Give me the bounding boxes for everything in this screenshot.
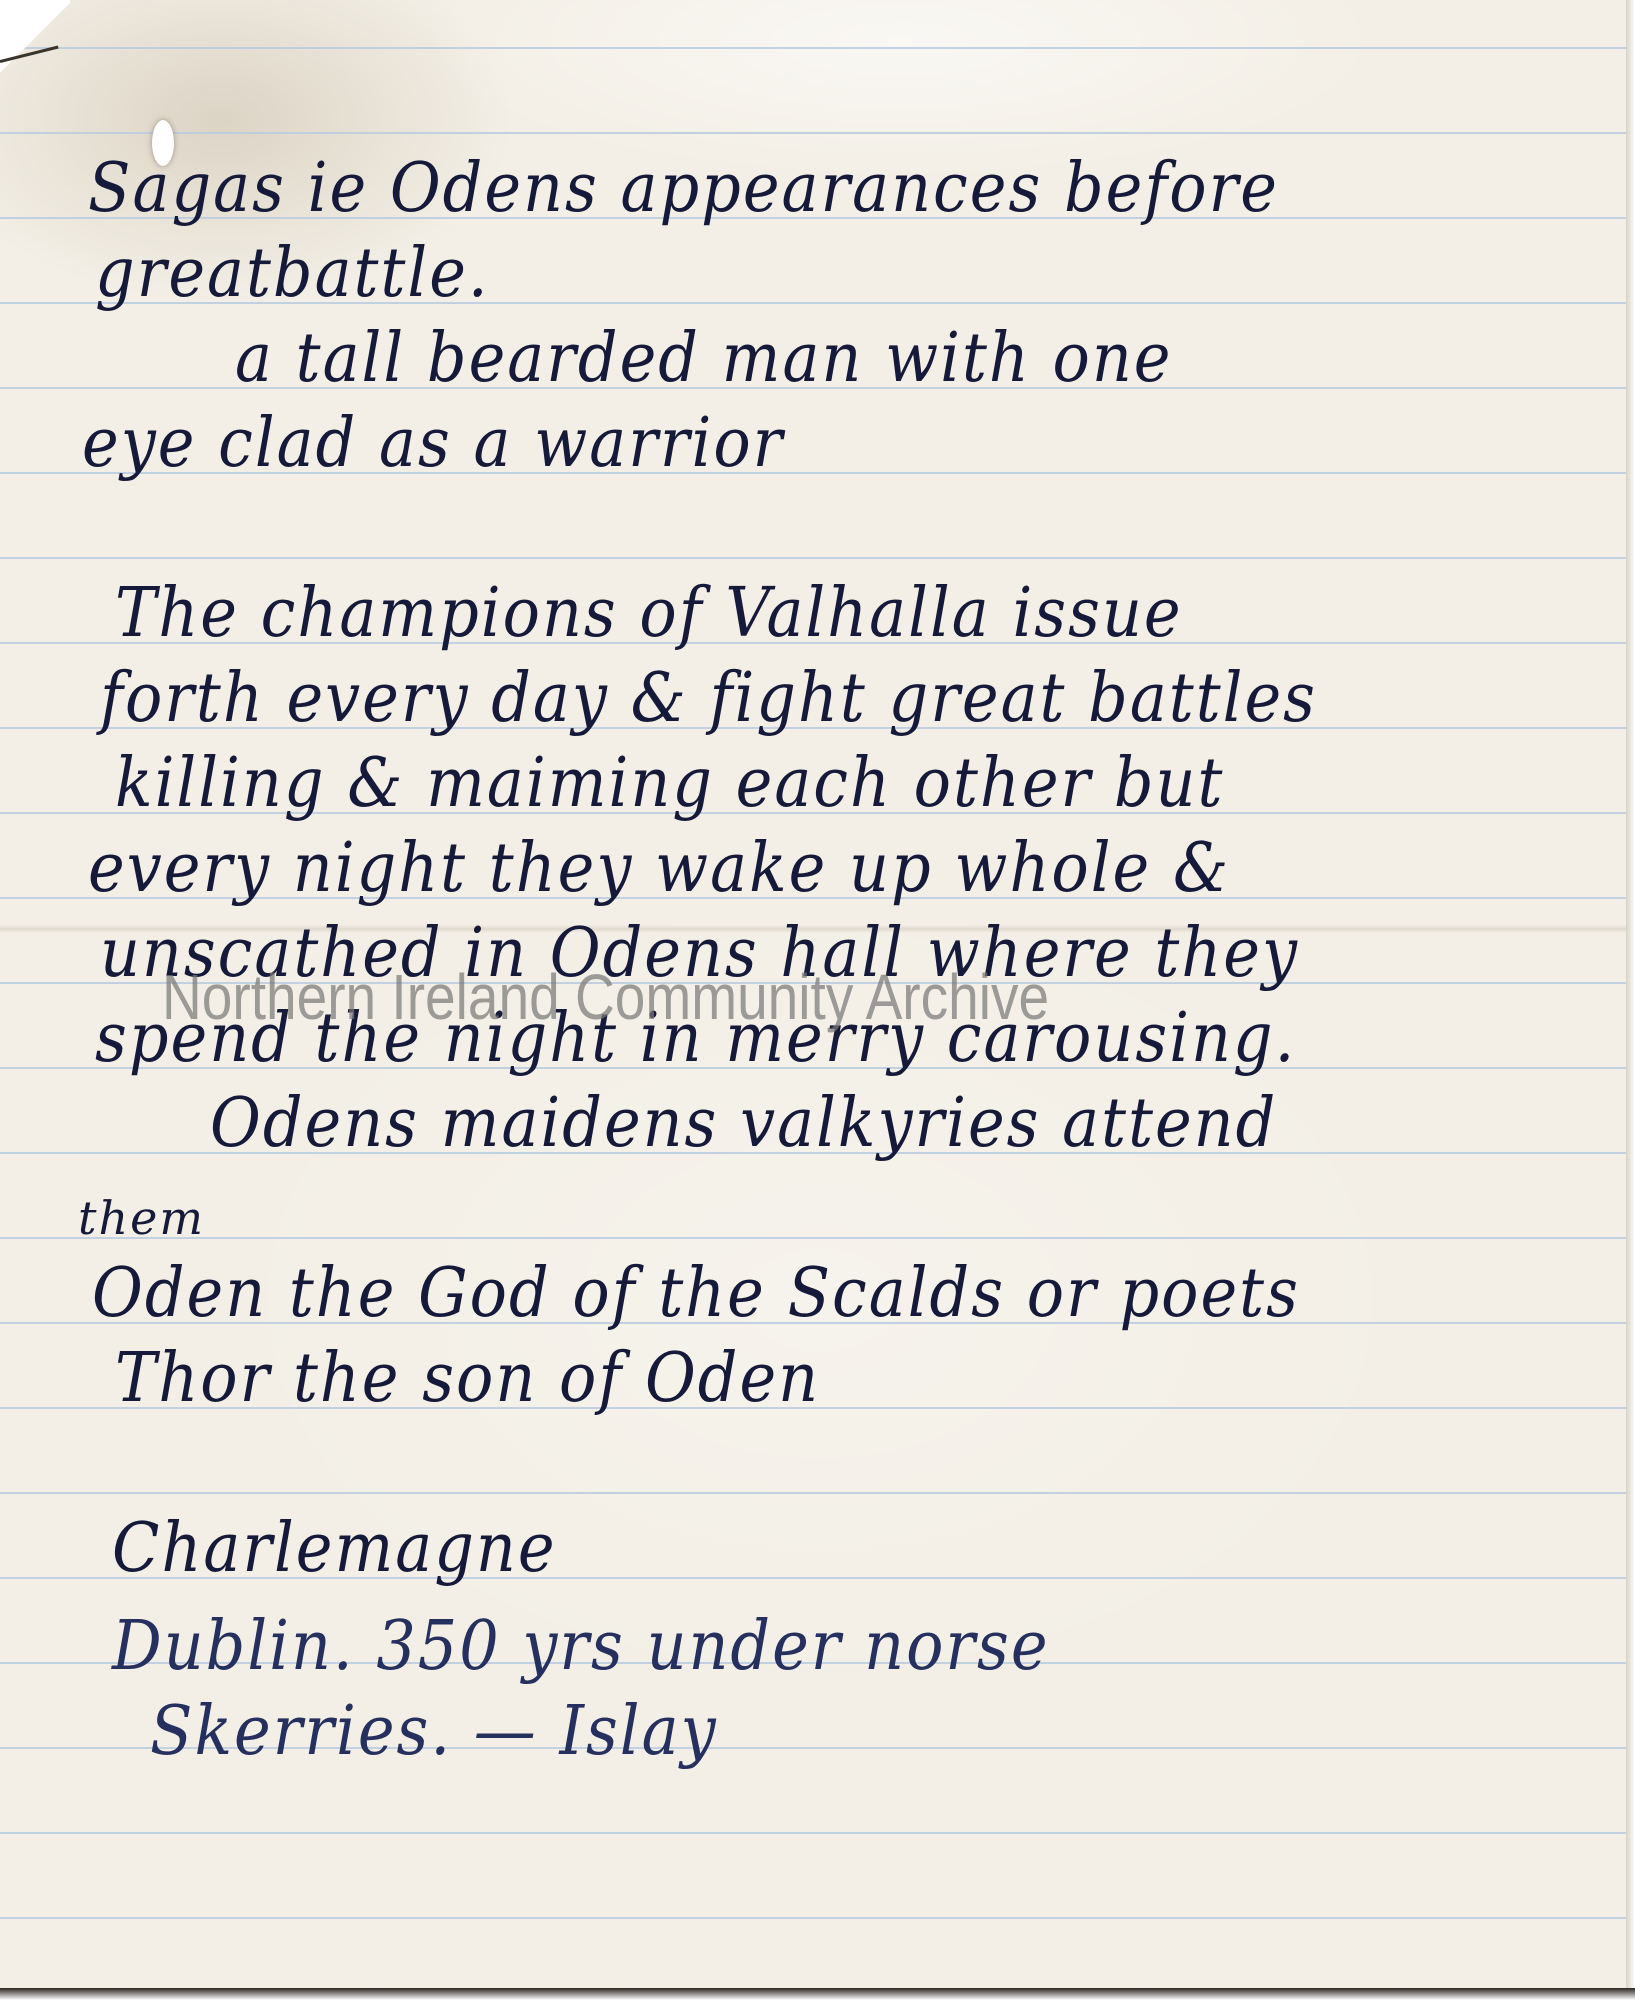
ruled-line <box>0 1492 1628 1494</box>
handwritten-line: Skerries. — Islay <box>150 1697 718 1765</box>
handwritten-line: Oden the God of the Scalds or poets <box>92 1259 1300 1327</box>
paper-edge-shadow <box>0 1988 1635 2000</box>
torn-corner <box>0 0 70 90</box>
handwritten-line: Odens maidens valkyries attend <box>210 1089 1277 1157</box>
handwritten-line: greatbattle. <box>95 239 490 307</box>
ruled-line <box>0 1832 1628 1834</box>
archive-watermark: Northern Ireland Community Archive <box>162 960 1049 1034</box>
handwritten-line: eye clad as a warrior <box>82 409 784 477</box>
handwritten-line: Dublin. 350 yrs under norse <box>112 1612 1050 1680</box>
handwritten-line: killing & maiming each other but <box>115 749 1224 817</box>
ruled-line <box>0 1917 1628 1919</box>
handwritten-line: Charlemagne <box>112 1514 557 1582</box>
paper-sheet: Sagas ie Odens appearances before greatb… <box>0 0 1628 1990</box>
ruled-line <box>0 557 1628 559</box>
handwritten-line: The champions of Valhalla issue <box>115 579 1183 647</box>
paper-edge <box>1626 0 1635 2000</box>
ruled-line <box>0 132 1628 134</box>
ruled-line <box>0 47 1628 49</box>
handwritten-line: a tall bearded man with one <box>235 324 1172 392</box>
handwritten-line: every night they wake up whole & <box>88 834 1230 902</box>
handwritten-line: Thor the son of Oden <box>115 1344 820 1412</box>
handwritten-line: Sagas ie Odens appearances before <box>88 154 1279 222</box>
handwritten-line: forth every day & fight great battles <box>100 664 1317 732</box>
ruled-line <box>0 1237 1628 1239</box>
handwritten-line: them <box>78 1195 205 1241</box>
